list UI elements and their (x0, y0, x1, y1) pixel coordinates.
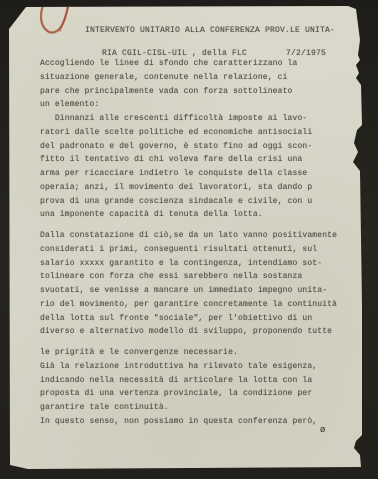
text-line: un elemento: (40, 98, 350, 112)
text-line: una imponente capacità di tenuta della l… (40, 208, 350, 222)
red-pen-scribble-icon (34, 1, 82, 41)
document-body: Accogliendo le linee di sfondo che carat… (40, 57, 350, 429)
text-line: Già la relazione introduttiva ha rilevat… (40, 360, 350, 374)
document-title-line1: INTERVENTO UNITARIO ALLA CONFERENZA PROV… (85, 26, 335, 35)
text-line: indicando nella necessità di articolare … (40, 374, 350, 388)
text-line: Dalla constatazione di ciò,se da un lato… (40, 229, 350, 243)
text-line: della lotta sul fronte "sociale", per l'… (40, 312, 350, 326)
text-line: considerati i primi, conseguenti risulta… (40, 243, 350, 257)
text-line: Accogliendo le linee di sfondo che carat… (40, 57, 350, 71)
text-line: proposta di una vertenza provinciale, la… (40, 387, 350, 401)
text-line: pare che principalmente vada con forza s… (40, 85, 350, 99)
text-line: le prigrità e le convergenze necessarie. (40, 346, 350, 360)
text-line: garantire tale continuità. (40, 401, 350, 415)
text-line: fitto il tentativo di chi voleva fare de… (40, 153, 350, 167)
typewritten-page: INTERVENTO UNITARIO ALLA CONFERENZA PROV… (8, 5, 364, 471)
text-line: diverso e alternativo modello di svilupp… (40, 325, 350, 339)
text-line: tolineare con forza che essi sarebbero n… (40, 270, 350, 284)
text-line: rio del movimento, per garantire concret… (40, 298, 350, 312)
text-line: operaia; anzi, il movimento dei lavorato… (40, 181, 350, 195)
text-line: prova di una grande coscienza sindacale … (40, 195, 350, 209)
text-line: arma per ricacciare indietro le conquist… (40, 167, 350, 181)
text-line: svuotati, se venisse a mancare un immedi… (40, 284, 350, 298)
text-line: Dinnanzi alle crescenti difficoltà impos… (40, 112, 350, 126)
text-line: ratori dalle scelte politiche ed economi… (40, 126, 350, 140)
text-line: del padronato e del governo, è stato fin… (40, 140, 350, 154)
photo-background: INTERVENTO UNITARIO ALLA CONFERENZA PROV… (0, 0, 378, 479)
text-line: In questo senso, non possiamo in questa … (40, 415, 350, 429)
page-mark: ø (320, 425, 325, 435)
text-line: salario xxxxx garantito e la contingenza… (40, 257, 350, 271)
text-line: situazione generale, contenute nella rel… (40, 71, 350, 85)
